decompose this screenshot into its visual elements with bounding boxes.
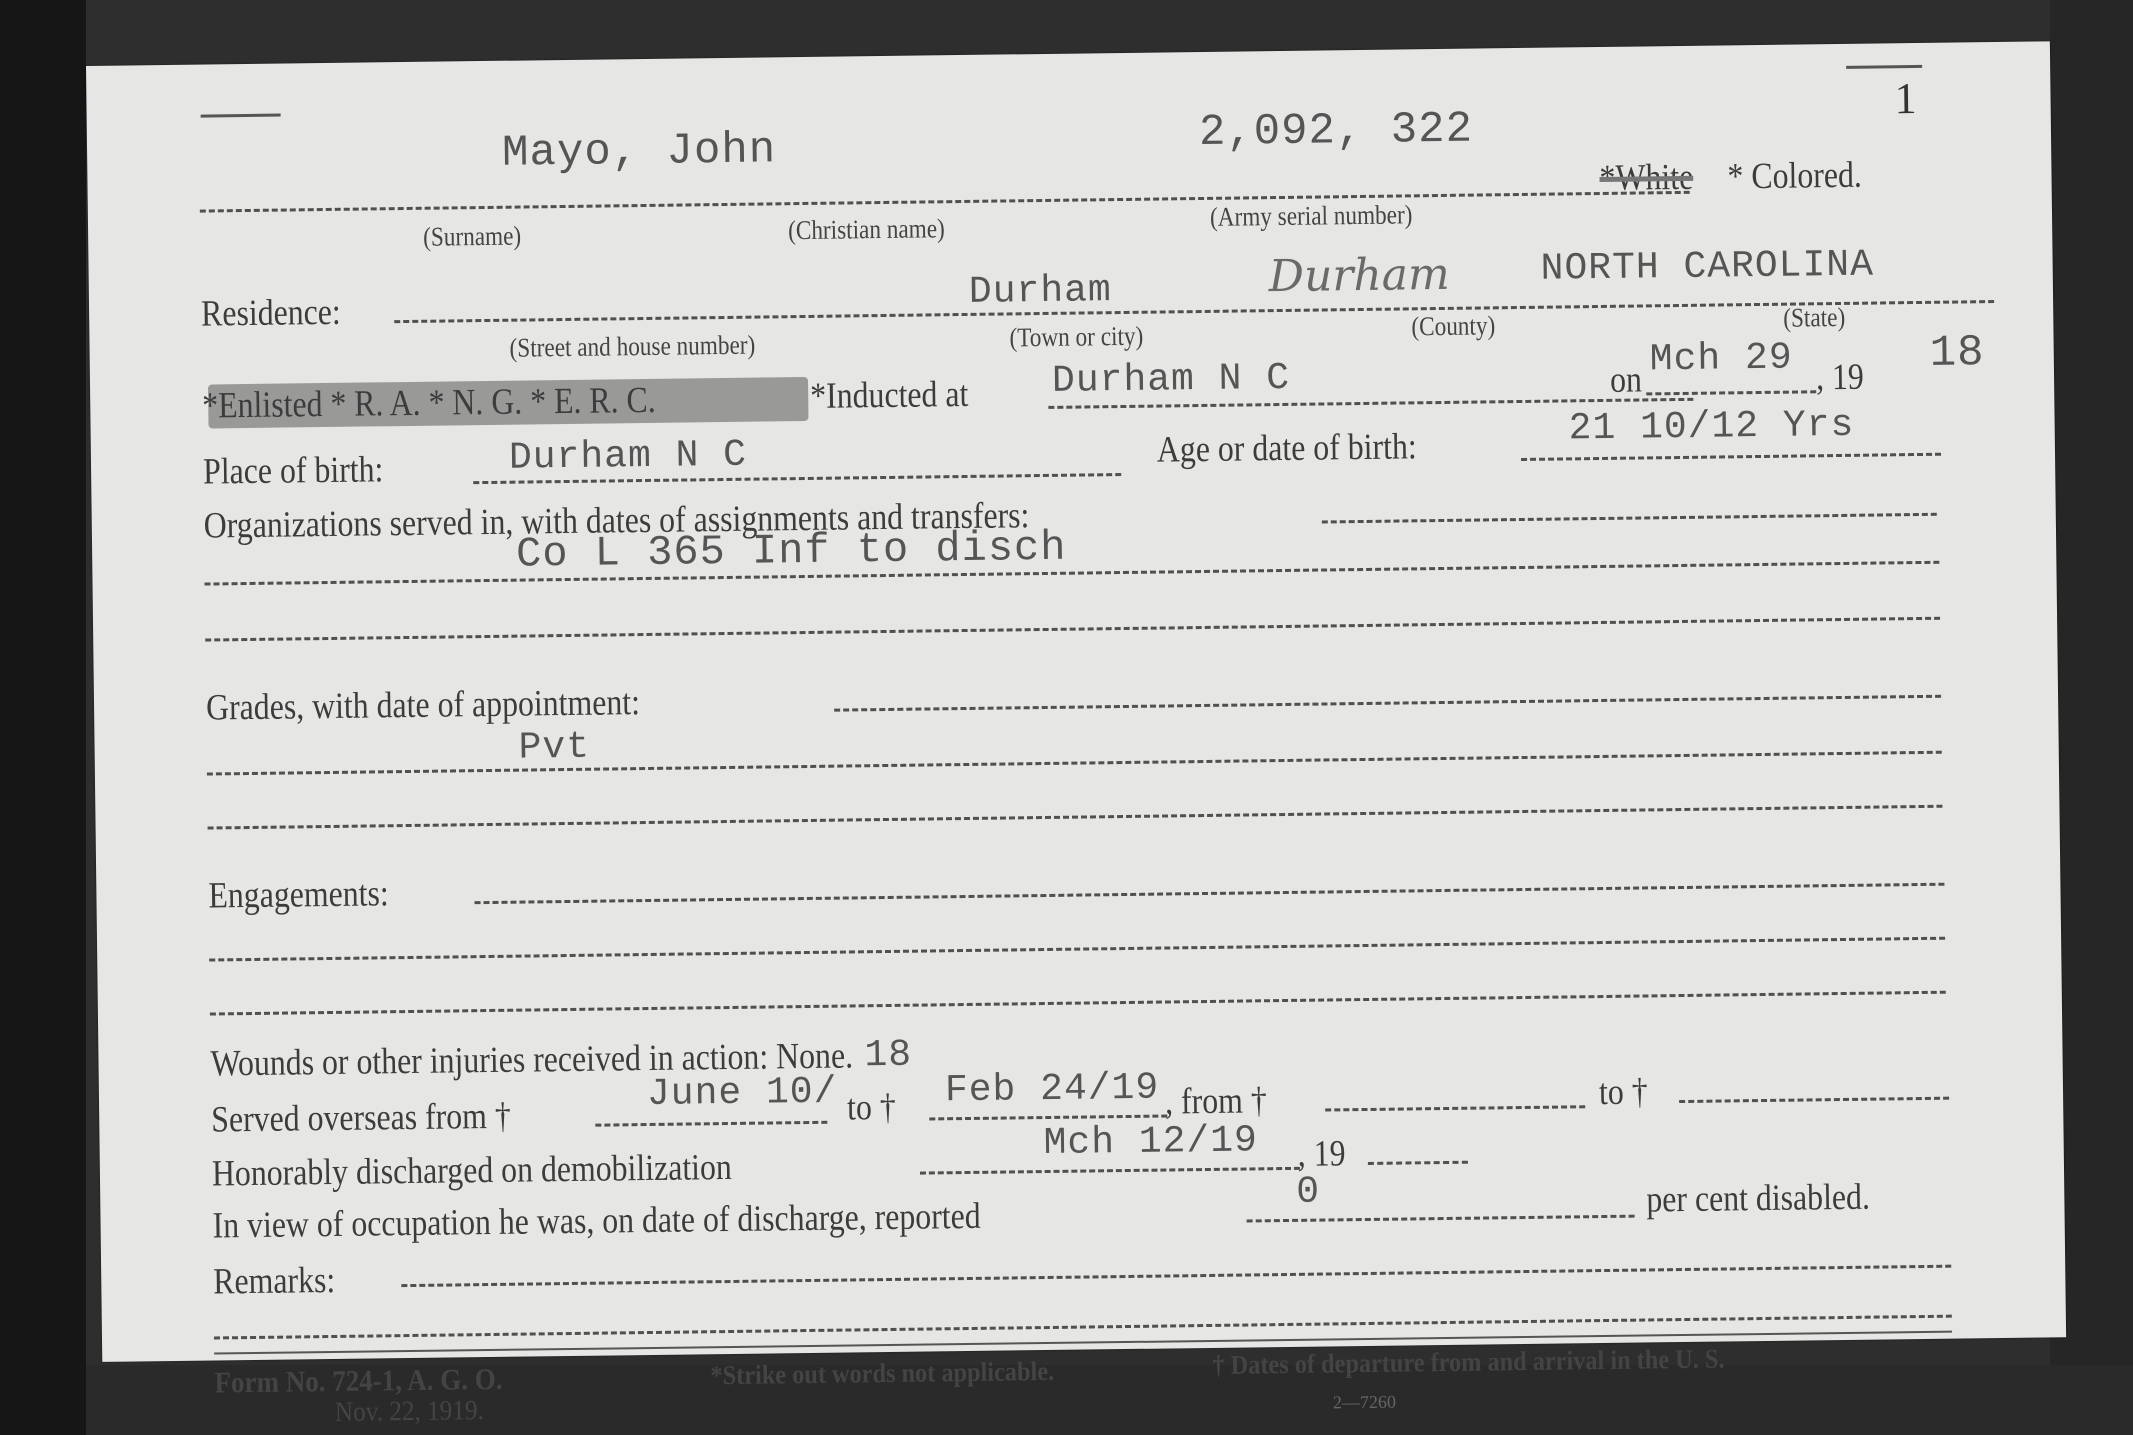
engagements-line-1 — [475, 883, 1945, 904]
induction-year: 18 — [1929, 328, 1984, 379]
age-label: Age or date of birth: — [1157, 425, 1417, 471]
overseas-from-year: 18 — [864, 1034, 912, 1078]
form-date: Nov. 22, 1919. — [335, 1395, 484, 1429]
label-county: (County) — [1411, 310, 1495, 342]
organizations-line-1 — [1322, 513, 1937, 524]
overseas-to2-line — [1679, 1097, 1949, 1103]
overseas-to-line — [929, 1114, 1167, 1120]
page-number-dash — [1846, 65, 1922, 69]
grade-entry: Pvt — [518, 726, 590, 770]
label-surname: (Surname) — [423, 221, 521, 253]
age-value: 21 10/12 Yrs — [1568, 404, 1854, 451]
overseas-to2-label: to † — [1599, 1070, 1648, 1114]
on-label: on — [1610, 358, 1642, 401]
induction-date-line — [1646, 390, 1816, 395]
race-white-struck: *White — [1599, 156, 1693, 200]
organizations-line-2 — [205, 561, 1940, 586]
organization-entry: Co L 365 Inf to disch — [516, 524, 1067, 579]
remarks-label: Remarks: — [213, 1259, 335, 1304]
disability-percent: 0 — [1296, 1171, 1320, 1214]
label-street: (Street and house number) — [509, 330, 755, 364]
service-record-card: 1 Mayo, John 2,092, 322 *White * Colored… — [86, 41, 2066, 1362]
age-line — [1521, 453, 1941, 461]
disability-label: In view of occupation he was, on date of… — [212, 1195, 981, 1248]
year-prefix: , 19 — [1816, 356, 1864, 400]
enlistment-type-struck: *Enlisted * R. A. * N. G. * E. R. C. — [202, 379, 656, 428]
disability-suffix: per cent disabled. — [1646, 1176, 1870, 1222]
residence-town: Durham — [969, 269, 1112, 314]
race-colored: * Colored. — [1727, 154, 1862, 199]
footnote-strike-out: *Strike out words not applicable. — [710, 1356, 1054, 1391]
discharge-date: Mch 12/19 — [1043, 1119, 1258, 1165]
overseas-from2-line — [1325, 1105, 1585, 1111]
overseas-label: Served overseas from † — [211, 1095, 511, 1142]
grades-line-2 — [207, 751, 1942, 776]
induction-date: Mch 29 — [1650, 337, 1793, 382]
residence-county: Durham — [1268, 249, 1450, 302]
discharge-year-line — [1368, 1161, 1468, 1165]
disability-line — [1247, 1215, 1635, 1223]
soldier-name: Mayo, John — [502, 125, 777, 178]
label-state: (State) — [1783, 302, 1845, 334]
name-line — [200, 191, 1690, 213]
discharge-label: Honorably discharged on demobilization — [212, 1146, 732, 1196]
label-christian-name: (Christian name) — [788, 213, 945, 246]
engagements-line-2 — [209, 937, 1945, 962]
engagements-line-3 — [210, 991, 1946, 1016]
grades-line-1 — [834, 695, 1941, 712]
label-town: (Town or city) — [1009, 321, 1143, 354]
corner-dash — [201, 114, 281, 118]
scan-background-left — [0, 0, 86, 1435]
residence-label: Residence: — [201, 291, 341, 336]
discharge-line — [920, 1167, 1300, 1175]
grades-line-3 — [208, 805, 1943, 830]
overseas-from2-label: , from † — [1165, 1079, 1267, 1123]
overseas-to-date: Feb 24/19 — [945, 1067, 1160, 1113]
place-of-birth-label: Place of birth: — [203, 448, 384, 493]
discharge-year-label: , 19 — [1298, 1132, 1346, 1176]
label-army-serial: (Army serial number) — [1210, 199, 1413, 233]
remarks-line-1 — [401, 1265, 1951, 1287]
place-of-birth: Durham N C — [509, 434, 748, 480]
footnote-dates: † Dates of departure from and arrival in… — [1212, 1344, 1724, 1381]
residence-state: NORTH CAROLINA — [1540, 244, 1874, 291]
overseas-from-date: June 10/ — [647, 1071, 838, 1116]
organizations-line-3 — [205, 617, 1940, 642]
overseas-from-line — [595, 1121, 827, 1127]
army-serial-number: 2,092, 322 — [1199, 105, 1474, 158]
engagements-label: Engagements: — [208, 872, 389, 917]
print-code: 2—7260 — [1333, 1392, 1396, 1414]
inducted-place: Durham N C — [1052, 357, 1291, 403]
overseas-to-label: to † — [847, 1086, 896, 1130]
grades-label: Grades, with date of appointment: — [206, 681, 640, 729]
inducted-label: *Inducted at — [810, 373, 969, 418]
page-number: 1 — [1894, 73, 1917, 124]
residence-line — [394, 300, 1994, 323]
